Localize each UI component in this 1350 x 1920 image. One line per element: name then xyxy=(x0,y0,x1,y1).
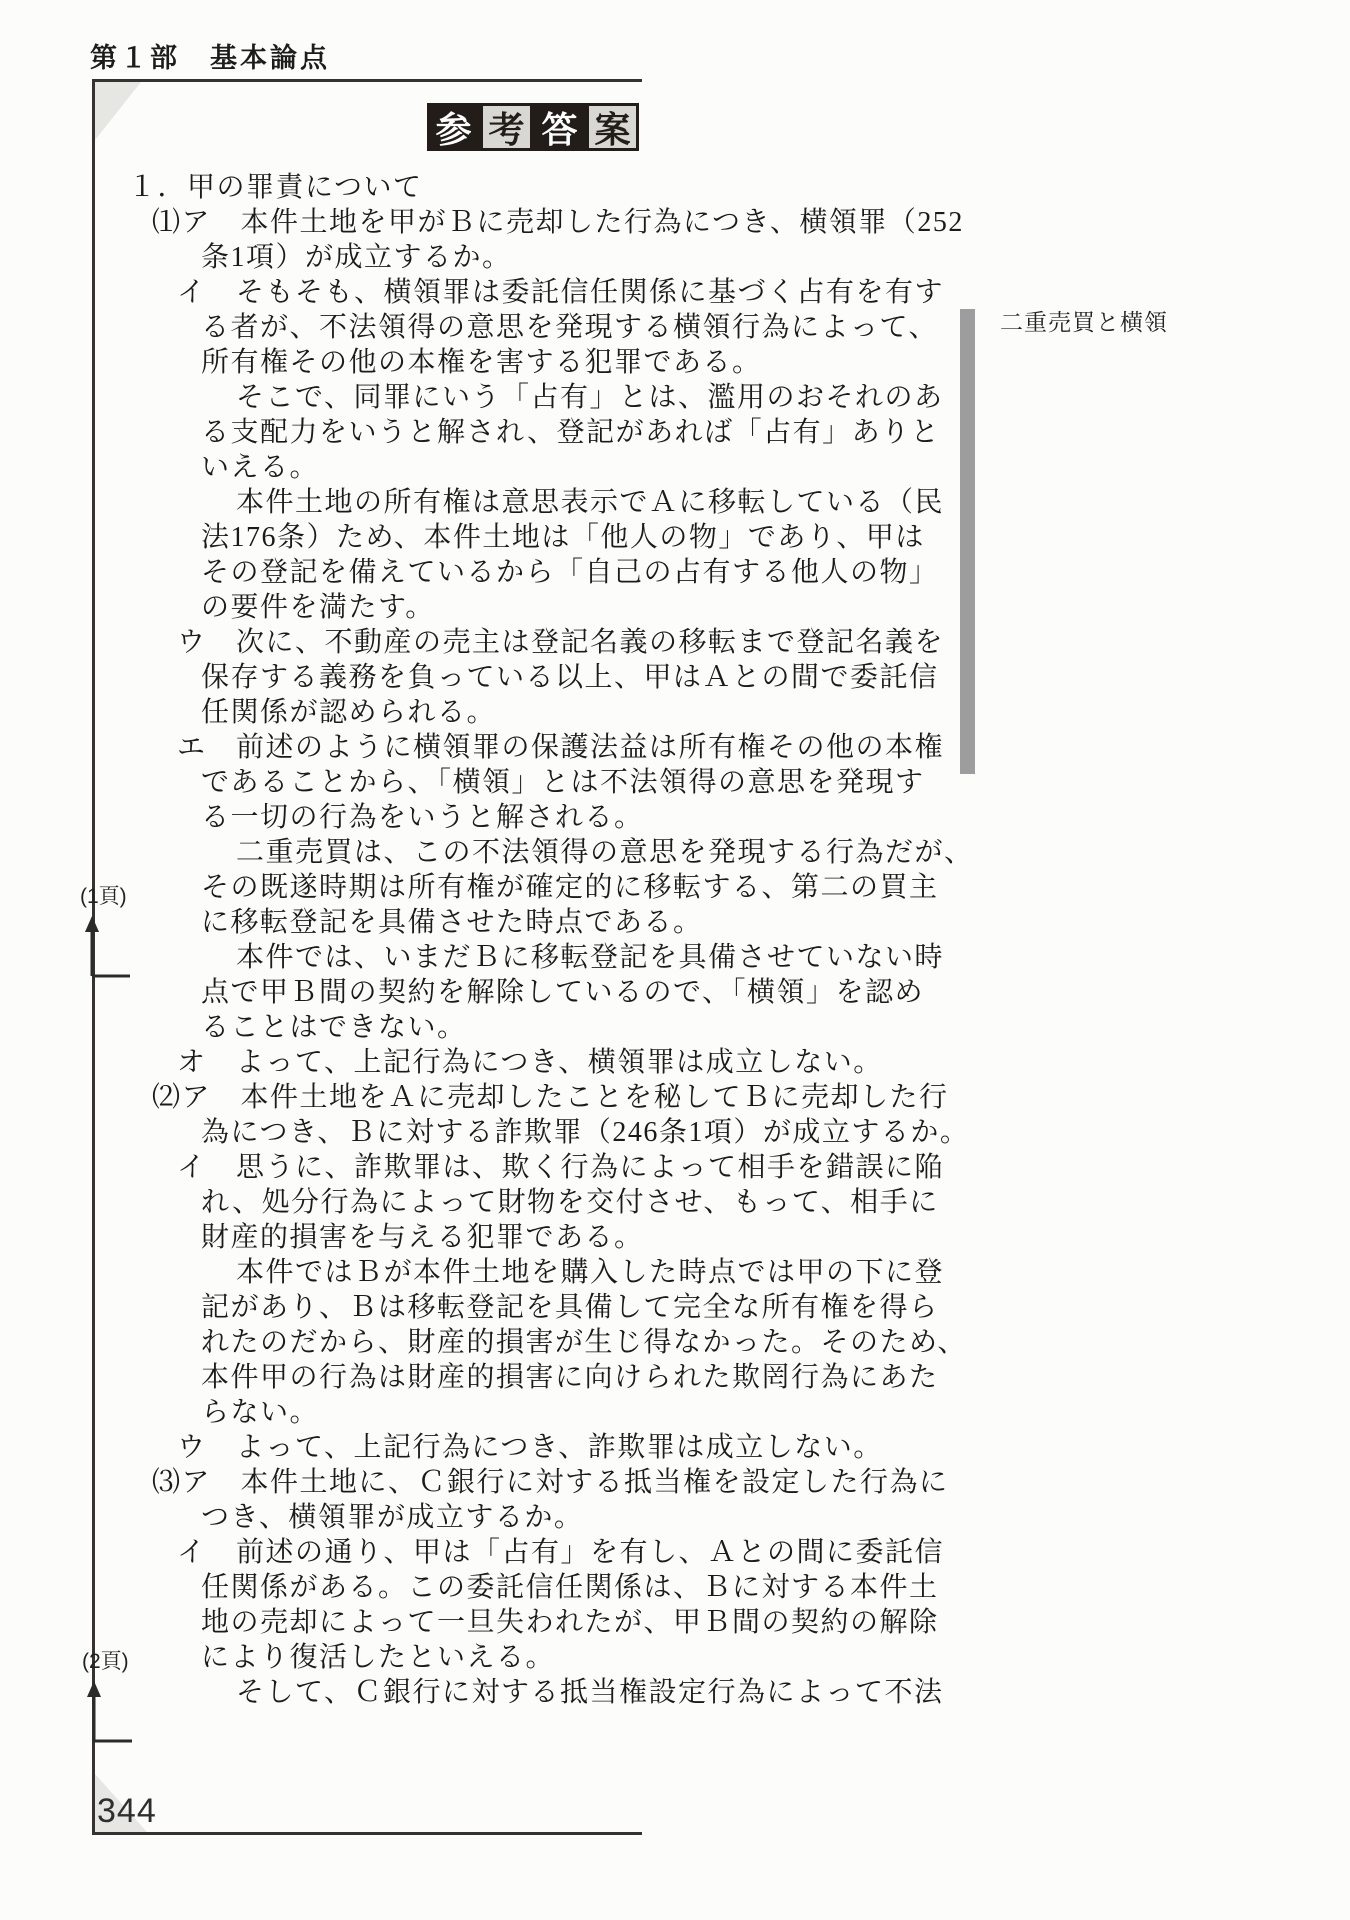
title-tile: 参 xyxy=(427,103,480,151)
text-line: 条1項）が成立するか。 xyxy=(0,240,1350,275)
reference-answer-title: 参 考 答 案 xyxy=(427,103,639,151)
text-line: そして、Ｃ銀行に対する抵当権設定行為によって不法 xyxy=(0,1675,1350,1710)
margin-topic-bar xyxy=(960,309,975,774)
text-line: 本件ではＢが本件土地を購入した時点では甲の下に登 xyxy=(0,1255,1350,1290)
text-line: ⑵ア 本件土地をＡに売却したことを秘してＢに売却した行 xyxy=(0,1080,1350,1115)
text-line: そこで、同罪にいう「占有」とは、濫用のおそれのあ xyxy=(0,380,1350,415)
text-line: に移転登記を具備させた時点である。 xyxy=(0,905,1350,940)
up-arrow-icon xyxy=(80,1677,140,1752)
page-number: 344 xyxy=(97,1792,157,1831)
text-line: であることから、「横領」とは不法領得の意思を発現す xyxy=(0,765,1350,800)
text-line: らない。 xyxy=(0,1395,1350,1430)
text-line: る支配力をいうと解され、登記があれば「占有」ありと xyxy=(0,415,1350,450)
text-line: イ 前述の通り、甲は「占有」を有し、Ａとの間に委託信 xyxy=(0,1535,1350,1570)
text-line: 本件では、いまだＢに移転登記を具備させていない時 xyxy=(0,940,1350,975)
text-line: ることはできない。 xyxy=(0,1010,1350,1045)
text-line: 本件土地の所有権は意思表示でＡに移転している（民 xyxy=(0,485,1350,520)
text-line: いえる。 xyxy=(0,450,1350,485)
text-line: 記があり、Ｂは移転登記を具備して完全な所有権を得ら xyxy=(0,1290,1350,1325)
text-line: る一切の行為をいうと解される。 xyxy=(0,800,1350,835)
text-line: 財産的損害を与える犯罪である。 xyxy=(0,1220,1350,1255)
text-line: れたのだから、財産的損害が生じ得なかった。そのため、 xyxy=(0,1325,1350,1360)
title-tile: 考 xyxy=(480,103,533,151)
text-line: れ、処分行為によって財物を交付させ、もって、相手に xyxy=(0,1185,1350,1220)
text-line: その登記を備えているから「自己の占有する他人の物」 xyxy=(0,555,1350,590)
text-line: ⑶ア 本件土地に、Ｃ銀行に対する抵当権を設定した行為に xyxy=(0,1465,1350,1500)
text-line: つき、横領罪が成立するか。 xyxy=(0,1500,1350,1535)
title-tile: 案 xyxy=(586,103,639,151)
page-break-label: (1頁) xyxy=(80,880,138,910)
text-line: 点で甲Ｂ間の契約を解除しているので、「横領」を認め xyxy=(0,975,1350,1010)
text-line: オ よって、上記行為につき、横領罪は成立しない。 xyxy=(0,1045,1350,1080)
header-rule xyxy=(92,79,642,82)
text-line: イ 思うに、詐欺罪は、欺く行為によって相手を錯誤に陥 xyxy=(0,1150,1350,1185)
page-break-label: (2頁) xyxy=(82,1645,140,1675)
text-line: 所有権その他の本権を害する犯罪である。 xyxy=(0,345,1350,380)
title-tile: 答 xyxy=(533,103,586,151)
footer-rule xyxy=(92,1832,642,1835)
text-line: により復活したといえる。 xyxy=(0,1640,1350,1675)
text-line: 本件甲の行為は財産的損害に向けられた欺罔行為にあた xyxy=(0,1360,1350,1395)
text-line: 為につき、Ｂに対する詐欺罪（246条1項）が成立するか。 xyxy=(0,1115,1350,1150)
margin-topic-label: 二重売買と横領 xyxy=(1000,304,1168,337)
text-line: ウ よって、上記行為につき、詐欺罪は成立しない。 xyxy=(0,1430,1350,1465)
book-page: 第１部 基本論点 参 考 答 案 １．甲の罪責について⑴ア 本件土地を甲がＢに売… xyxy=(0,0,1350,1920)
corner-triangle-top xyxy=(95,82,141,140)
text-line: ⑴ア 本件土地を甲がＢに売却した行為につき、横領罪（252 xyxy=(0,205,1350,240)
text-line: ウ 次に、不動産の売主は登記名義の移転まで登記名義を xyxy=(0,625,1350,660)
text-line: の要件を満たす。 xyxy=(0,590,1350,625)
text-line: 任関係が認められる。 xyxy=(0,695,1350,730)
text-line: 地の売却によって一旦失われたが、甲Ｂ間の契約の解除 xyxy=(0,1605,1350,1640)
text-line: 保存する義務を負っている以上、甲はＡとの間で委託信 xyxy=(0,660,1350,695)
text-line: １．甲の罪責について xyxy=(0,170,1350,205)
up-arrow-icon xyxy=(78,912,138,987)
text-line: 任関係がある。この委託信任関係は、Ｂに対する本件土 xyxy=(0,1570,1350,1605)
text-line: 二重売買は、この不法領得の意思を発現する行為だが、 xyxy=(0,835,1350,870)
text-line: エ 前述のように横領罪の保護法益は所有権その他の本権 xyxy=(0,730,1350,765)
text-line: 法176条）ため、本件土地は「他人の物」であり、甲は xyxy=(0,520,1350,555)
page-break-marker-1: (1頁) xyxy=(78,880,138,987)
chapter-header: 第１部 基本論点 xyxy=(90,36,330,75)
page-break-marker-2: (2頁) xyxy=(80,1645,140,1752)
text-line: その既遂時期は所有権が確定的に移転する、第二の買主 xyxy=(0,870,1350,905)
answer-body: １．甲の罪責について⑴ア 本件土地を甲がＢに売却した行為につき、横領罪（252条… xyxy=(0,170,1350,1710)
